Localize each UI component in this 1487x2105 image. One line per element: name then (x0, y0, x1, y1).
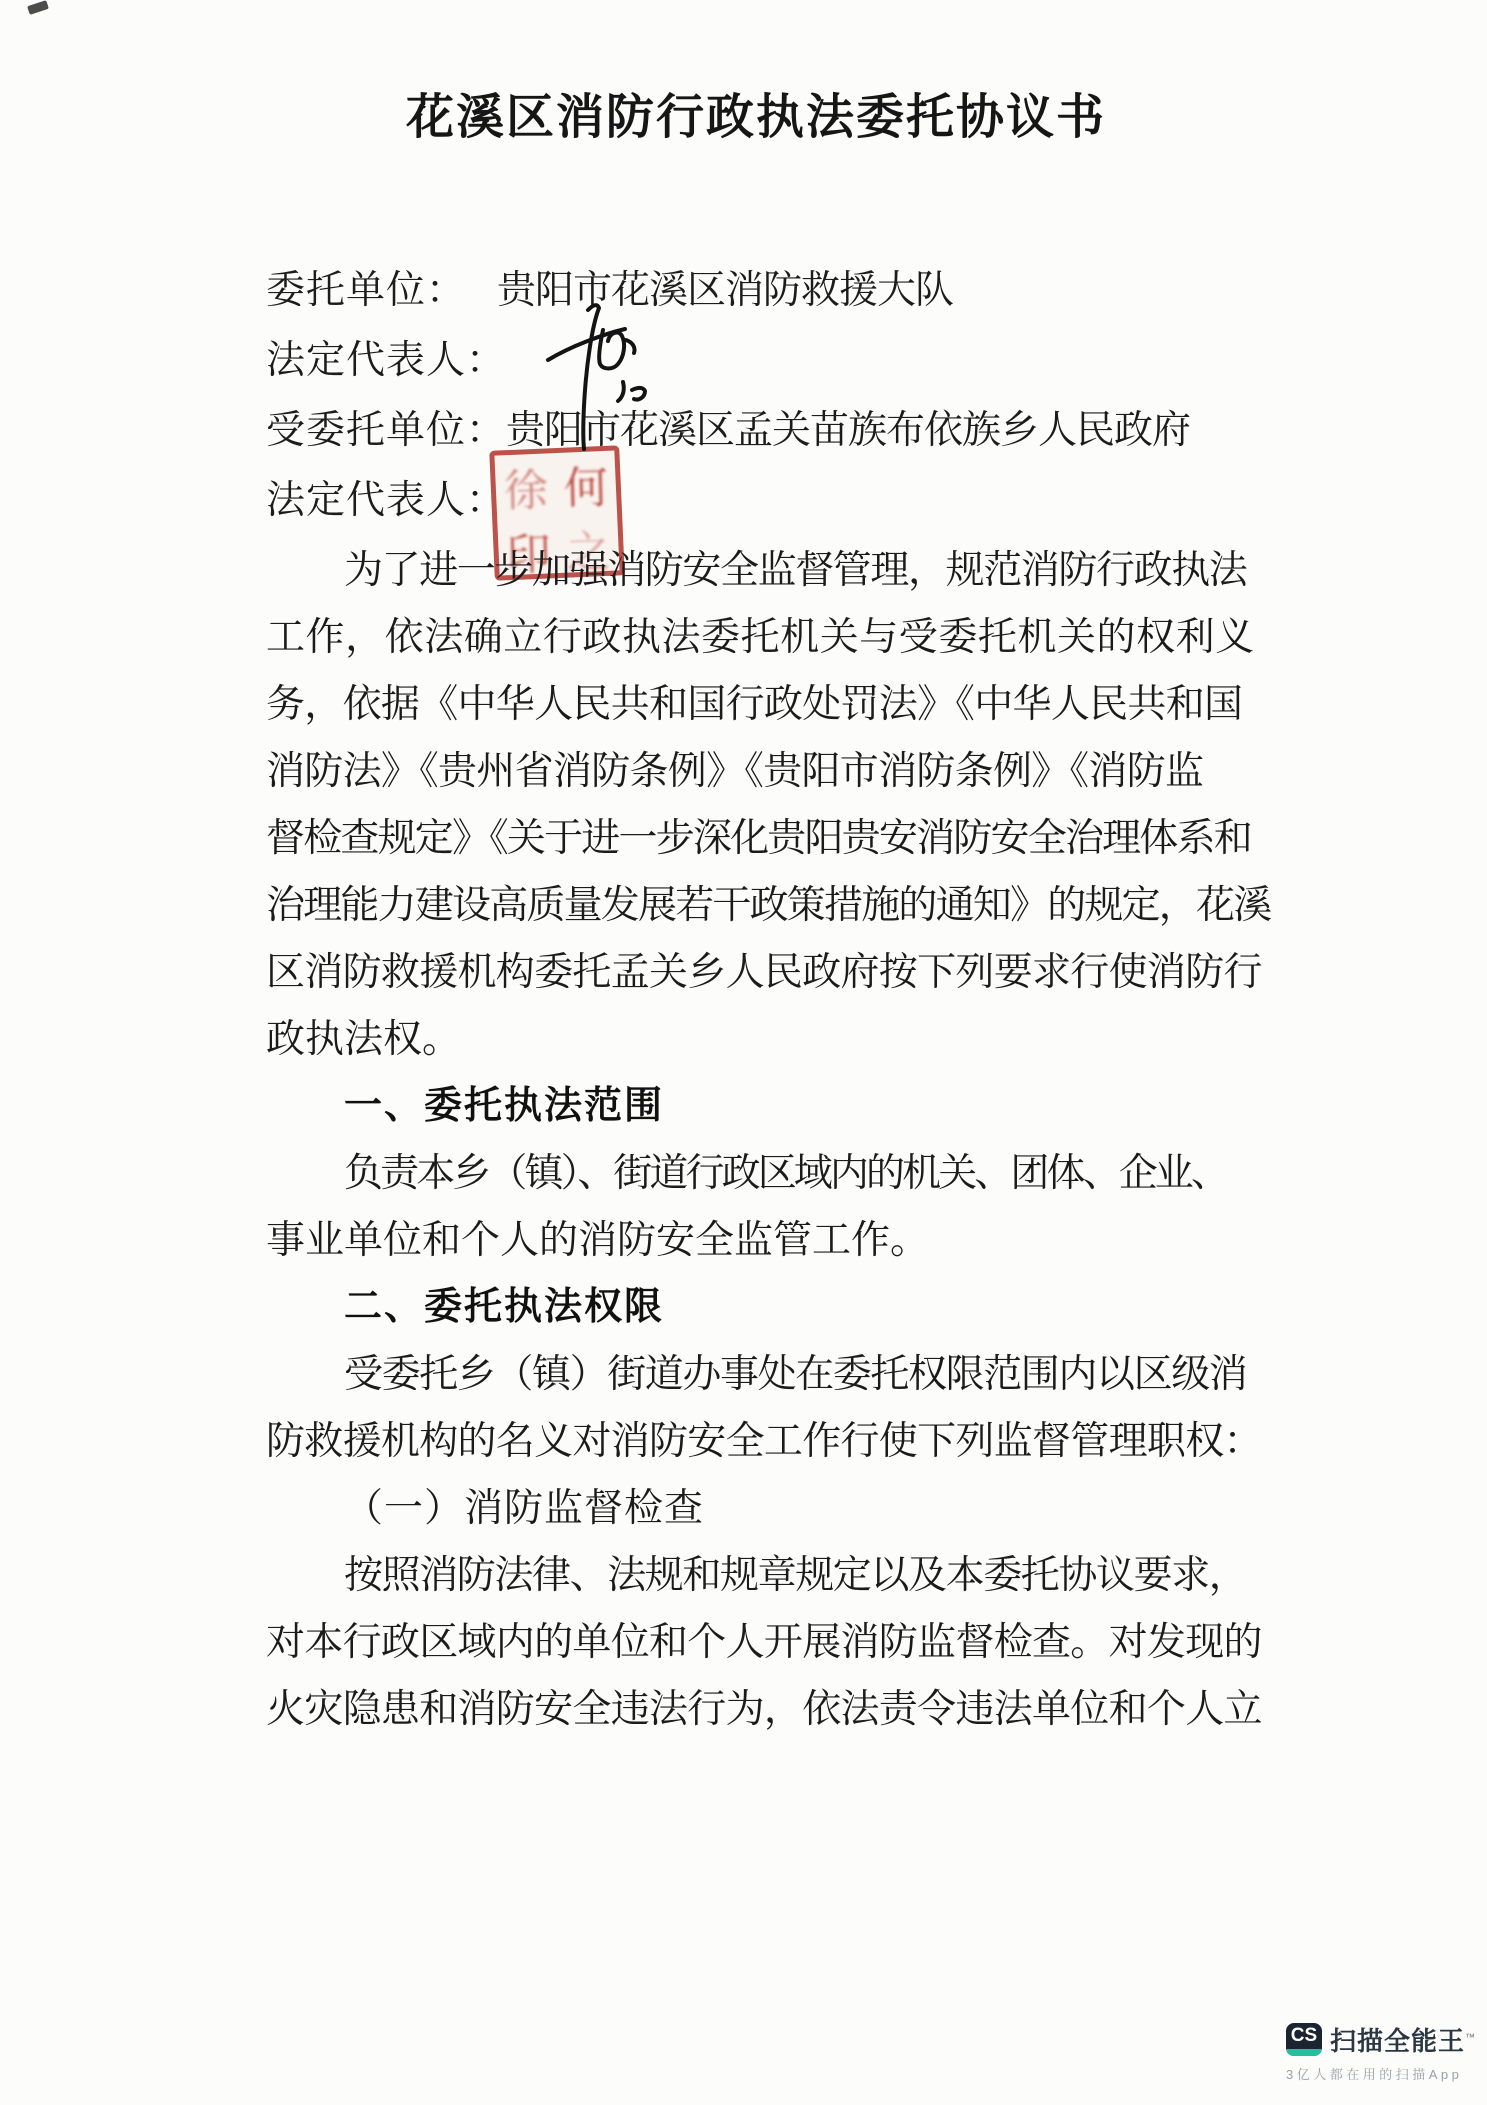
handwritten-signature (526, 296, 686, 456)
camscanner-watermark: CS 扫描全能王™ 3亿人都在用的扫描App (1286, 2021, 1466, 2083)
body-line: 工作，依法确立行政执法委托机关与受委托机关的权利义 (266, 604, 1246, 671)
camscanner-brand-text: 扫描全能王 (1330, 2026, 1465, 2056)
body-line: 消防法》《贵州省消防条例》《贵阳市消防条例》《消防监 (266, 738, 1246, 805)
document-title: 花溪区消防行政执法委托协议书 (266, 78, 1246, 147)
section-heading-2: 二、委托执法权限 (266, 1274, 1246, 1341)
body-line: 为了进一步加强消防安全监督管理，规范消防行政执法 (266, 537, 1246, 604)
body-line: 政执法权。 (266, 1006, 1246, 1073)
camscanner-logo-teal-band (1286, 2049, 1322, 2056)
document-body: 为了进一步加强消防安全监督管理，规范消防行政执法 工作，依法确立行政执法委托机关… (266, 537, 1246, 1743)
legal-representative-label-1: 法定代表人： (266, 326, 506, 396)
subsection-heading-1: （一）消防监督检查 (266, 1475, 1246, 1542)
seal-char: 何 (563, 451, 609, 516)
legal-representative-line-1: 法定代表人： (266, 326, 1266, 396)
body-line: 按照消防法律、法规和规章规定以及本委托协议要求， (266, 1542, 1246, 1609)
camscanner-brand-row: CS 扫描全能王™ (1286, 2021, 1466, 2058)
camscanner-brand-name: 扫描全能王™ (1330, 2021, 1476, 2058)
camscanner-logo-icon: CS (1286, 2023, 1322, 2056)
body-line: 督检查规定》《关于进一步深化贵阳贵安消防安全治理体系和 (266, 805, 1246, 872)
trademark-symbol: ™ (1465, 2032, 1476, 2043)
legal-representative-line-2: 法定代表人： (266, 466, 1266, 536)
body-line: 对本行政区域内的单位和个人开展消防监督检查。对发现的 (266, 1609, 1246, 1676)
camscanner-logo-letters: CS (1291, 2023, 1317, 2049)
camscanner-tagline: 3亿人都在用的扫描App (1286, 2064, 1466, 2083)
legal-representative-label-2: 法定代表人： (266, 466, 506, 536)
section-heading-1: 一、委托执法范围 (266, 1073, 1246, 1140)
entrusted-unit-line: 受委托单位：贵阳市花溪区孟关苗族布依族乡人民政府 (266, 396, 1266, 466)
body-line: 区消防救援机构委托孟关乡人民政府按下列要求行使消防行 (266, 939, 1246, 1006)
scanned-document-page: 花溪区消防行政执法委托协议书 委托单位：贵阳市花溪区消防救援大队 法定代表人： … (0, 0, 1487, 2105)
body-line: 防救援机构的名义对消防安全工作行使下列监督管理职权： (266, 1408, 1246, 1475)
body-line: 治理能力建设高质量发展若干政策措施的通知》的规定，花溪 (266, 872, 1246, 939)
entrusting-unit-label: 委托单位： (266, 256, 497, 326)
body-line: 受委托乡（镇）街道办事处在委托权限范围内以区级消 (266, 1341, 1246, 1408)
body-line: 负责本乡（镇）、街道行政区域内的机关、团体、企业、 (266, 1140, 1246, 1207)
entrusting-unit-line: 委托单位：贵阳市花溪区消防救援大队 (266, 256, 1266, 326)
scan-artifact (27, 0, 49, 15)
parties-block: 委托单位：贵阳市花溪区消防救援大队 法定代表人： 受委托单位：贵阳市花溪区孟关苗… (266, 256, 1266, 536)
body-line: 火灾隐患和消防安全违法行为，依法责令违法单位和个人立 (266, 1676, 1246, 1743)
body-line: 务，依据《中华人民共和国行政处罚法》《中华人民共和国 (266, 671, 1246, 738)
entrusted-unit-label: 受委托单位： (266, 396, 506, 466)
seal-char: 徐 (503, 454, 549, 519)
body-line: 事业单位和个人的消防安全监管工作。 (266, 1207, 1246, 1274)
